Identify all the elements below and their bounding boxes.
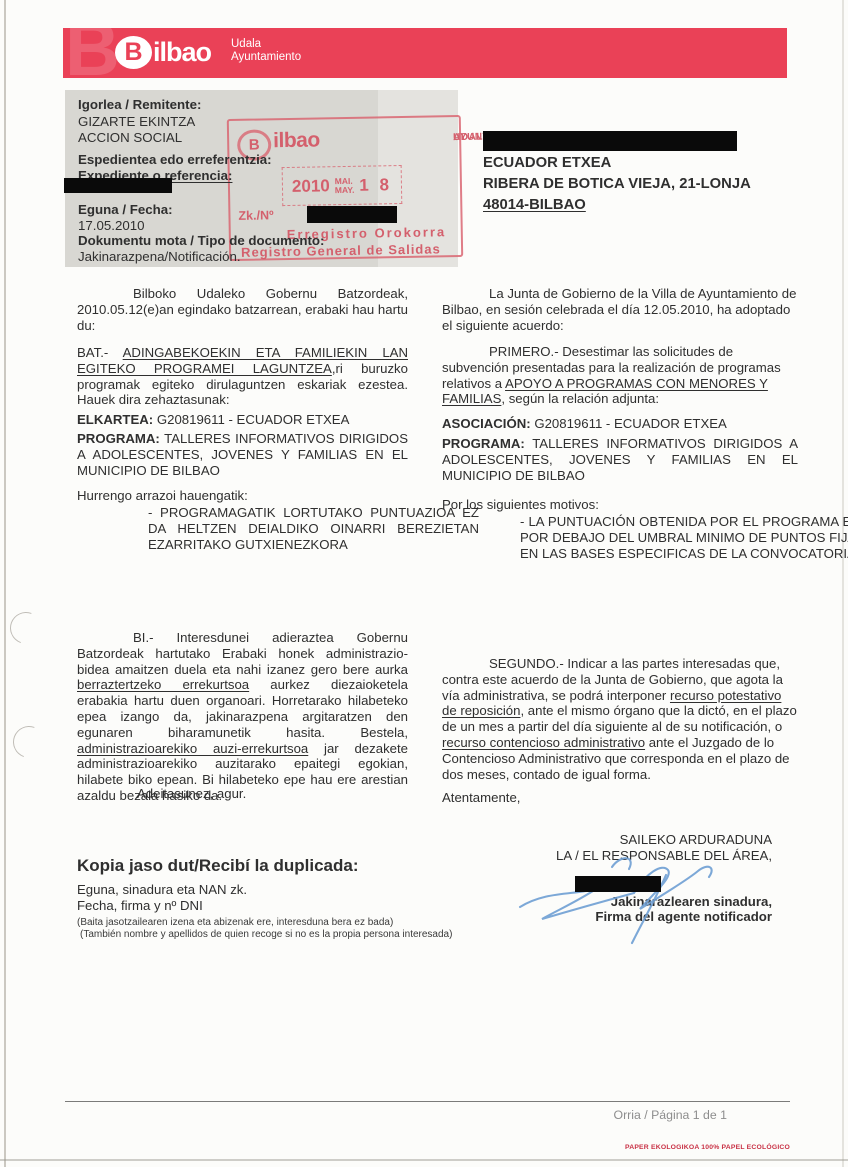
left-paragraph-bat: BAT.- ADINGABEKOEKIN ETA FAMILIEKIN LAN … (77, 345, 408, 408)
date-value: 17.05.2010 (78, 218, 145, 233)
right-paragraph-primero: PRIMERO.- Desestimar las solicitudes de … (442, 344, 798, 407)
stamp-bilbao-text: ilbao (273, 128, 320, 153)
right-motive-item: - LA PUNTUACIÓN OBTENIDA POR EL PROGRAMA… (442, 514, 848, 561)
recipient-name: ECUADOR ETXEA (483, 155, 611, 171)
redacted-registry-number (307, 206, 397, 223)
sender-line-2: ACCION SOCIAL (78, 130, 182, 145)
right-program-line: PROGRAMA: TALLERES INFORMATIVOS DIRIGIDO… (442, 436, 798, 483)
org-name: Udala Ayuntamiento (231, 38, 301, 64)
header-banner: B B ilbao Udala Ayuntamiento (63, 28, 787, 78)
right-paragraph-intro: La Junta de Gobierno de la Villa de Ayun… (442, 286, 798, 333)
receipt-note-eu: (Baita jasotzailearen izena eta abizenak… (77, 917, 393, 928)
scan-edge-right (842, 0, 844, 1167)
left-entity-line: ELKARTEA: G20819611 - ECUADOR ETXEA (77, 412, 408, 428)
left-motive-item: - PROGRAMAGATIK LORTUTAKO PUNTUAZIOA EZ … (77, 505, 479, 552)
page-number: Orria / Página 1 de 1 (500, 1108, 727, 1122)
scanned-letter-page: B B ilbao Udala Ayuntamiento B ilbao UDA… (0, 0, 848, 1167)
footer-rule (65, 1101, 790, 1102)
right-entity-line: ASOCIACIÓN: G20819611 - ECUADOR ETXEA (442, 416, 798, 432)
left-paragraph-intro: Bilboko Udaleko Gobernu Batzordeak, 2010… (77, 286, 408, 333)
left-closing: Adeitasunez, agur. (77, 786, 468, 802)
punch-mark-bottom (8, 721, 51, 764)
receipt-line-eu: Eguna, sinadura eta NAN zk. (77, 882, 247, 897)
doc-type-label: Dokumentu mota / Tipo de documento: (78, 233, 325, 248)
stamp-number-label: Zk./Nº (238, 208, 273, 223)
right-paragraph-segundo: SEGUNDO.- Indicar a las partes interesad… (442, 656, 798, 782)
right-entity-label: ASOCIACIÓN: (442, 416, 531, 431)
recipient-address: RIBERA DE BOTICA VIEJA, 21-LONJA (483, 176, 751, 192)
punch-mark-top (5, 607, 48, 650)
sender-line-1: GIZARTE EKINTZA (78, 114, 195, 129)
eco-paper-label: PAPER EKOLOGIKOA 100% PAPEL ECOLÓGICO (600, 1144, 790, 1151)
scan-edge-bottom (0, 1159, 848, 1161)
right-motives-intro: Por los siguientes motivos: (442, 497, 798, 513)
left-program-line: PROGRAMA: TALLERES INFORMATIVOS DIRIGIDO… (77, 431, 408, 478)
left-paragraph-bi: BI.- Interesdunei adieraztea Gobernu Bat… (77, 630, 408, 804)
bilbao-logo: B ilbao (115, 36, 211, 69)
stamp-months: MAI. MAY. (335, 176, 355, 194)
right-program-label: PROGRAMA: (442, 436, 525, 451)
org-line-eu: Udala (231, 38, 301, 51)
receipt-title: Kopia jaso dut/Recibí la duplicada: (77, 856, 359, 876)
left-motives-intro: Hurrengo arrazoi hauengatik: (77, 488, 408, 504)
redacted-signature-name (575, 876, 661, 892)
redacted-recipient-line (483, 131, 737, 151)
bilbao-logo-text: ilbao (153, 37, 211, 68)
doc-type-value: Jakinarazpena/Notificación. (78, 249, 241, 264)
redacted-reference (64, 178, 172, 193)
left-entity-label: ELKARTEA: (77, 412, 153, 427)
stamp-month-es: MAY. (335, 184, 355, 194)
left-entity-value: G20819611 - ECUADOR ETXEA (153, 412, 349, 427)
left-program-label: PROGRAMA: (77, 431, 160, 446)
reference-label-eu: Espedientea edo erreferentzia: (78, 152, 272, 167)
scan-edge-left (4, 0, 6, 1167)
receipt-line-es: Fecha, firma y nº DNI (77, 898, 203, 913)
bilbao-logo-b-icon: B (115, 36, 152, 69)
date-label: Eguna / Fecha: (78, 202, 173, 217)
recipient-city: 48014-BILBAO (483, 197, 586, 213)
org-line-es: Ayuntamiento (231, 51, 301, 64)
stamp-date-box: 2010 MAI. MAY. 1 8 (282, 165, 403, 206)
stamp-year: 2010 (292, 176, 330, 197)
bilbao-watermark-b: B (65, 28, 120, 78)
handwritten-signature (516, 843, 728, 947)
sender-label: Igorlea / Remitente: (78, 97, 201, 112)
receipt-note-es: (También nombre y apellidos de quien rec… (77, 929, 452, 940)
right-closing: Atentamente, (442, 790, 798, 806)
stamp-day: 1 8 (359, 175, 392, 196)
right-entity-value: G20819611 - ECUADOR ETXEA (531, 416, 727, 431)
